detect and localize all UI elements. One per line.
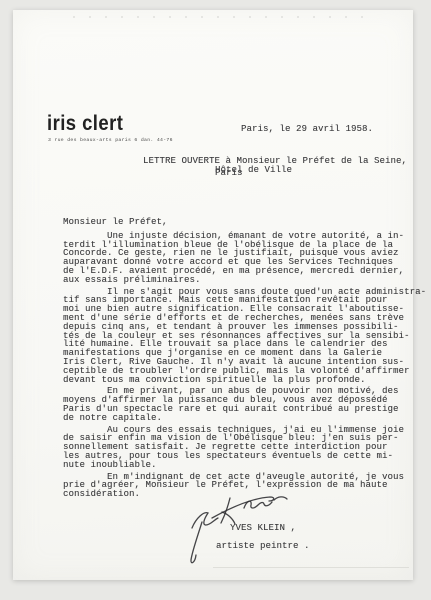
typed-signature-name: YVES KLEIN , [230,524,296,533]
scan-background: iris clert 3 rue des beaux-arts paris 6 … [0,0,431,600]
paragraph-4: Au cours des essais techniques, j'ai eu … [63,426,431,470]
recipient-line2: Hôtel de Ville Paris [215,166,292,175]
paragraph-1: Une injuste décision, émanant de votre a… [63,232,431,285]
letterhead-address: 3 rue des beaux-arts paris 6 dan. 44-76 [48,137,173,143]
letterhead-logo: iris clert [47,114,123,134]
letter-page: iris clert 3 rue des beaux-arts paris 6 … [13,10,413,580]
typed-signature-title: artiste peintre . [216,542,310,551]
salutation: Monsieur le Préfet, [63,218,431,227]
scan-artifact-line [213,567,409,568]
paragraph-3: En me privant, par un abus de pouvoir no… [63,387,431,422]
date-line: Paris, le 29 avril 1958. [241,125,373,134]
recipient-overtype-paris: Paris [215,169,243,178]
paragraph-2: Il ne s'agit pour vous sans doute qued'u… [63,288,431,385]
letter-body: Monsieur le Préfet, Une injuste décision… [63,218,431,502]
scan-smudge [73,16,373,18]
